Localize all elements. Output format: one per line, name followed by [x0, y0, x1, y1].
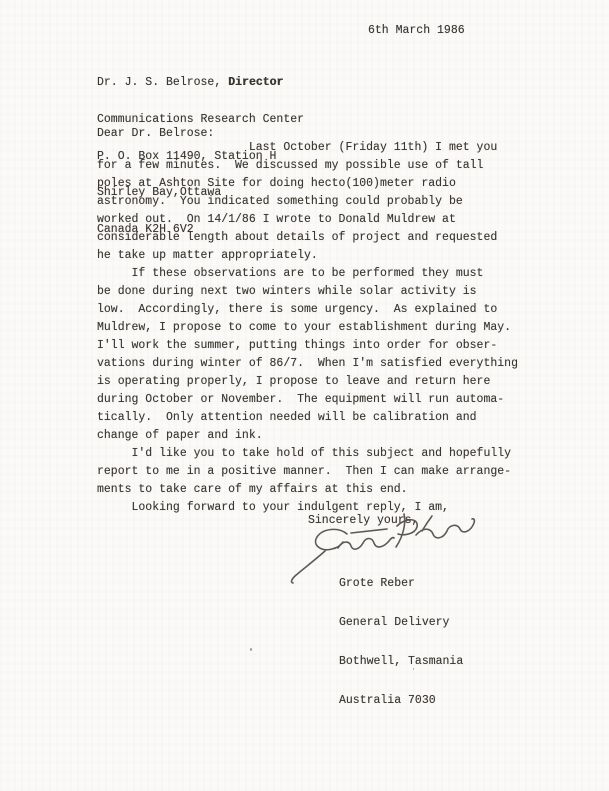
sender-line-2: General Delivery: [339, 616, 463, 629]
letter-body: Last October (Friday 11th) I met you for…: [97, 139, 557, 517]
sender-name: Grote Reber: [339, 577, 463, 590]
letter-page: 6th March 1986 Dr. J. S. Belrose, Direct…: [0, 0, 609, 791]
scan-speck: [250, 648, 252, 651]
recipient-line-2: Communications Research Center: [97, 114, 304, 126]
signature-stroke: [351, 529, 387, 533]
signature-stroke: [422, 516, 432, 531]
closing-phrase: Sincerely yours,: [308, 514, 418, 528]
signature-stroke: [416, 519, 474, 538]
scan-speck: [413, 668, 414, 670]
signature-stroke: [292, 551, 325, 583]
recipient-name: Dr. J. S. Belrose,: [97, 76, 228, 89]
paragraph-3: I'd like you to take hold of this subjec…: [97, 445, 557, 499]
sender-line-4: Australia 7030: [339, 694, 463, 707]
signature-stroke: [316, 529, 347, 549]
letter-date: 6th March 1986: [368, 22, 465, 40]
sender-line-3: Bothwell, Tasmania: [339, 655, 463, 668]
recipient-title: Director: [228, 76, 283, 89]
sender-address: Grote Reber General Delivery Bothwell, T…: [339, 551, 463, 733]
signature-stroke: [338, 538, 394, 550]
paragraph-2: If these observations are to be performe…: [97, 265, 557, 445]
paragraph-1: Last October (Friday 11th) I met you for…: [97, 139, 557, 265]
recipient-line-1: Dr. J. S. Belrose, Director: [97, 77, 304, 89]
